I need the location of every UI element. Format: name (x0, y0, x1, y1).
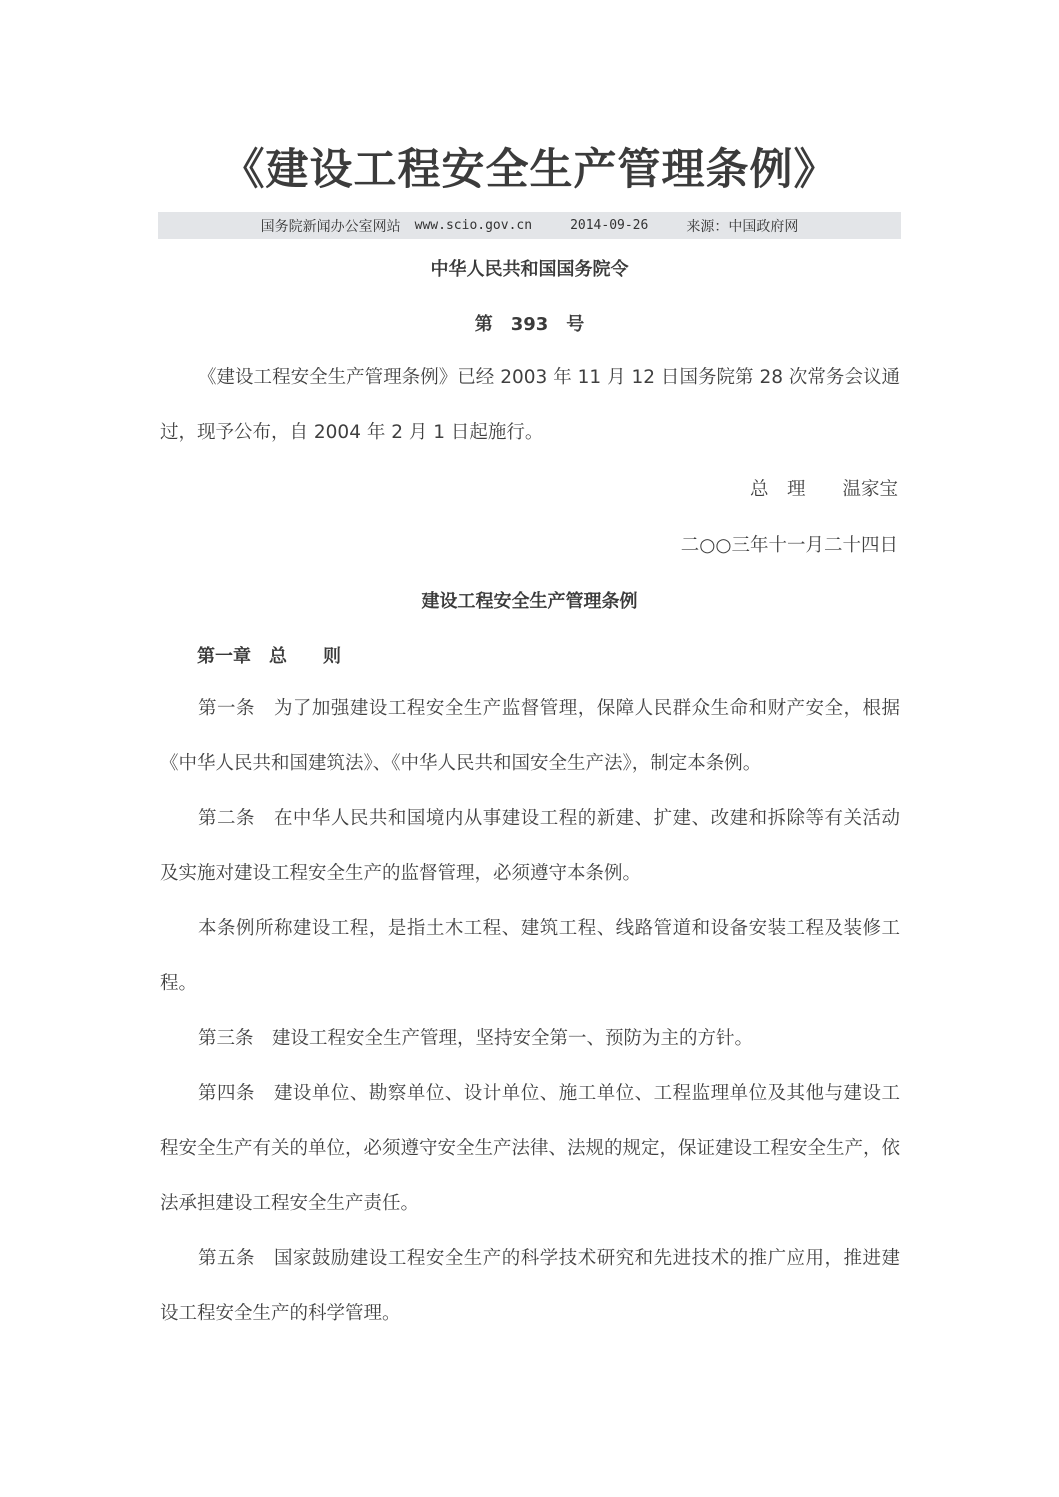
promulgation-paragraph: 《建设工程安全生产管理条例》已经 2003 年 11 月 12 日国务院第 28… (160, 350, 900, 460)
article-1: 第一条 为了加强建设工程安全生产监督管理，保障人民群众生命和财产安全，根据《中华… (160, 681, 900, 791)
article-3: 第三条 建设工程安全生产管理，坚持安全第一、预防为主的方针。 (160, 1011, 900, 1066)
signature-date: 二○○三年十一月二十四日 (681, 531, 898, 557)
article-5: 第五条 国家鼓励建设工程安全生产的科学技术研究和先进技术的推广应用，推进建设工程… (160, 1231, 900, 1341)
article-4: 第四条 建设单位、勘察单位、设计单位、施工单位、工程监理单位及其他与建设工程安全… (160, 1066, 900, 1231)
decree-number: 第 393 号 (0, 310, 1059, 336)
regulation-title: 建设工程安全生产管理条例 (0, 587, 1059, 613)
article-2: 第二条 在中华人民共和国境内从事建设工程的新建、扩建、改建和拆除等有关活动及实施… (160, 791, 900, 901)
meta-bar: 国务院新闻办公室网站 www.scio.gov.cn 2014-09-26 来源… (158, 212, 901, 239)
publish-date: 2014-09-26 (570, 218, 648, 233)
document-page: 《建设工程安全生产管理条例》 国务院新闻办公室网站 www.scio.gov.c… (0, 0, 1059, 1497)
publisher-label: 国务院新闻办公室网站 (261, 216, 401, 236)
article-2-definition: 本条例所称建设工程，是指土木工程、建筑工程、线路管道和设备安装工程及装修工程。 (160, 901, 900, 1011)
signature-line: 总 理 温家宝 (750, 475, 898, 501)
promulgation-block: 《建设工程安全生产管理条例》已经 2003 年 11 月 12 日国务院第 28… (160, 350, 900, 460)
chapter-heading: 第一章 总 则 (197, 642, 341, 668)
source-url-link[interactable]: www.scio.gov.cn (415, 218, 532, 233)
source-label: 来源：中国政府网 (686, 216, 798, 236)
articles-block: 第一条 为了加强建设工程安全生产监督管理，保障人民群众生命和财产安全，根据《中华… (160, 681, 900, 1341)
decree-header: 中华人民共和国国务院令 (0, 255, 1059, 281)
document-title: 《建设工程安全生产管理条例》 (0, 140, 1059, 200)
